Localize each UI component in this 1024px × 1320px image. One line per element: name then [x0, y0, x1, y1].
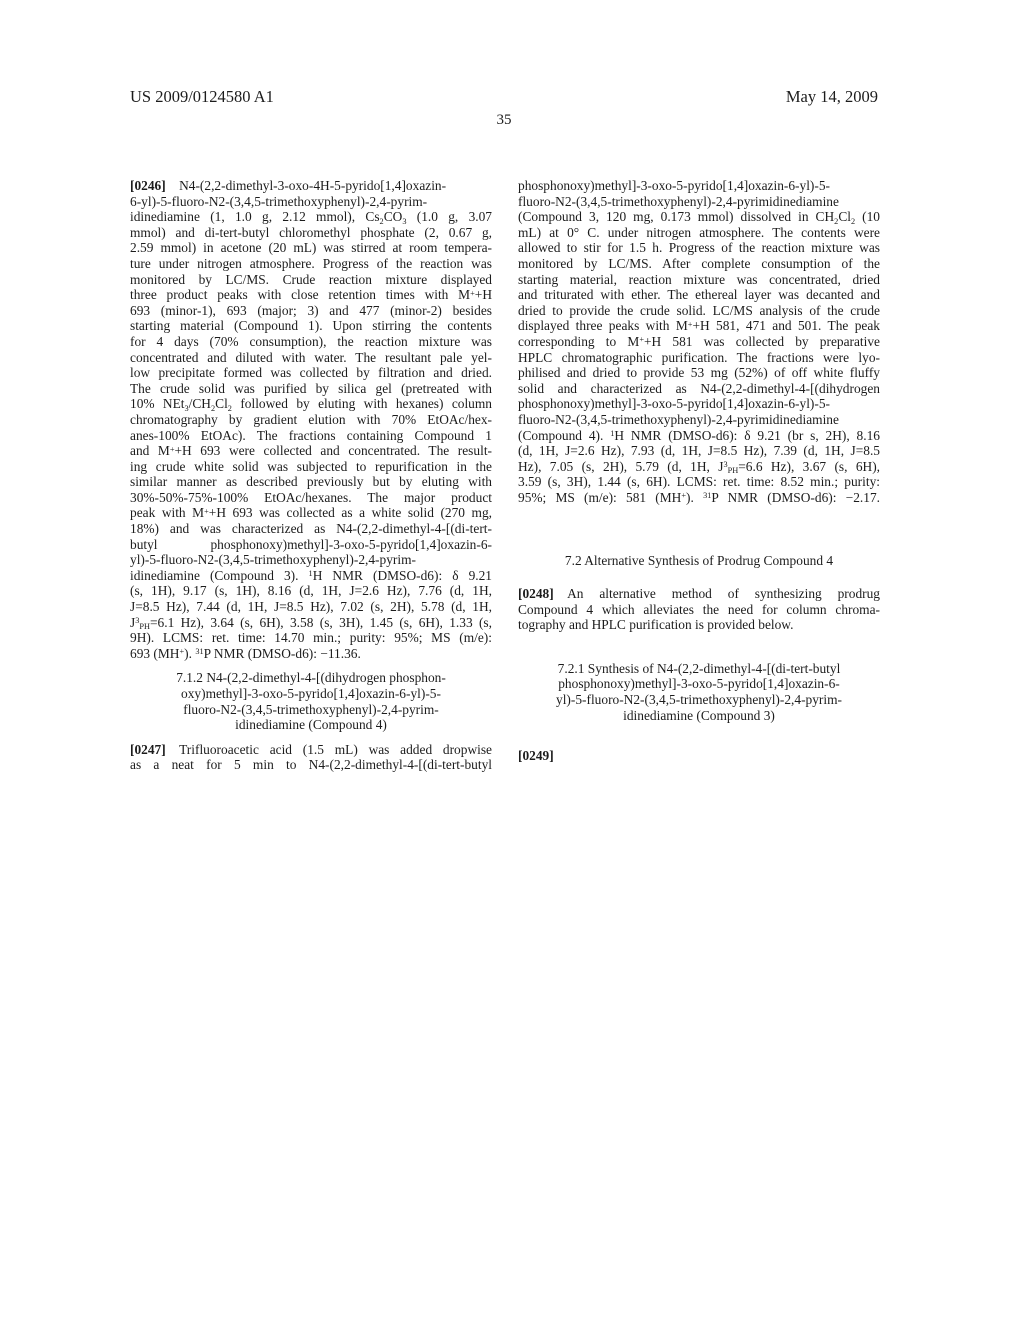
- text-line: for 4 days (70% consumption), the reacti…: [130, 334, 492, 350]
- text-line: [0248] An alternative method of synthesi…: [518, 586, 880, 602]
- text-line: Hz), 7.05 (s, 2H), 5.79 (d, 1H, J3PH=6.6…: [518, 459, 880, 475]
- text-line: oxy)methyl]-3-oxo-5-pyrido[1,4]oxazin-6-…: [130, 686, 492, 702]
- text-line: three product peaks with close retention…: [130, 287, 492, 303]
- text-line: idinediamine (Compound 3): [518, 708, 880, 724]
- text-line: 7.2 Alternative Synthesis of Prodrug Com…: [518, 553, 880, 569]
- text-line: idinediamine (Compound 3). 1H NMR (DMSO-…: [130, 568, 492, 584]
- section-heading-7-2: 7.2 Alternative Synthesis of Prodrug Com…: [518, 553, 880, 569]
- text-line: 6-yl)-5-fluoro-N2-(3,4,5-trimethoxypheny…: [130, 194, 492, 210]
- text-line: fluoro-N2-(3,4,5-trimethoxyphenyl)-2,4-p…: [518, 412, 880, 428]
- text-line: 30%-50%-75%-100% EtOAc/hexanes. The majo…: [130, 490, 492, 506]
- text-line: idinediamine (1, 1.0 g, 2.12 mmol), Cs2C…: [130, 209, 492, 225]
- page-number: 35: [130, 112, 878, 129]
- publication-number: US 2009/0124580 A1: [130, 88, 274, 106]
- text-line: Compound 4 which alleviates the need for…: [518, 602, 880, 618]
- text-line: solid and characterized as N4-(2,2-dimet…: [518, 381, 880, 397]
- text-line: low precipitate formed was collected by …: [130, 365, 492, 381]
- text-line: [0249]: [518, 748, 880, 764]
- text-line: [0246] N4-(2,2-dimethyl-3-oxo-4H-5-pyrid…: [130, 178, 492, 194]
- text-line: starting material, reaction mixture was …: [518, 272, 880, 288]
- text-line: 693 (MH+). 31P NMR (DMSO-d6): −11.36.: [130, 646, 492, 662]
- text-line: 7.1.2 N4-(2,2-dimethyl-4-[(dihydrogen ph…: [130, 670, 492, 686]
- text-line: yl)-5-fluoro-N2-(3,4,5-trimethoxyphenyl)…: [518, 692, 880, 708]
- two-column-body: [0246] N4-(2,2-dimethyl-3-oxo-4H-5-pyrid…: [130, 178, 880, 773]
- text-line: yl)-5-fluoro-N2-(3,4,5-trimethoxyphenyl)…: [130, 552, 492, 568]
- text-line: mmol) and di-tert-butyl chloromethyl pho…: [130, 225, 492, 241]
- text-line: idinediamine (Compound 4): [130, 717, 492, 733]
- text-line: [0247] Trifluoroacetic acid (1.5 mL) was…: [130, 742, 492, 758]
- publication-date: May 14, 2009: [786, 88, 878, 106]
- text-line: ture under nitrogen atmosphere. Progress…: [130, 256, 492, 272]
- text-line: fluoro-N2-(3,4,5-trimethoxyphenyl)-2,4-p…: [130, 702, 492, 718]
- text-line: The crude solid was purified by silica g…: [130, 381, 492, 397]
- text-line: monitored by LC/MS. After complete consu…: [518, 256, 880, 272]
- text-line: (Compound 3, 120 mg, 0.173 mmol) dissolv…: [518, 209, 880, 225]
- text-line: displayed three peaks with M++H 581, 471…: [518, 318, 880, 334]
- text-line: butyl phosphonoxy)methyl]-3-oxo-5-pyrido…: [130, 537, 492, 553]
- right-column: phosphonoxy)methyl]-3-oxo-5-pyrido[1,4]o…: [518, 178, 880, 773]
- text-line: corresponding to M++H 581 was collected …: [518, 334, 880, 350]
- text-line: allowed to stir for 1.5 h. Progress of t…: [518, 240, 880, 256]
- text-line: (s, 1H), 9.17 (s, 1H), 8.16 (d, 1H, J=2.…: [130, 583, 492, 599]
- text-line: phosphonoxy)methyl]-3-oxo-5-pyrido[1,4]o…: [518, 676, 880, 692]
- text-line: HPLC chromatographic purification. The f…: [518, 350, 880, 366]
- text-line: J3PH=6.1 Hz), 3.64 (s, 6H), 3.58 (s, 3H)…: [130, 615, 492, 631]
- patent-document-page: { "colors": { "ink": "#1c1c1c", "paper":…: [0, 0, 1024, 1320]
- page-header: US 2009/0124580 A1 May 14, 2009: [130, 88, 878, 106]
- paragraph-0246: [0246] N4-(2,2-dimethyl-3-oxo-4H-5-pyrid…: [130, 178, 492, 661]
- text-line: as a neat for 5 min to N4-(2,2-dimethyl-…: [130, 757, 492, 773]
- text-line: monitored by LC/MS. Crude reaction mixtu…: [130, 272, 492, 288]
- text-line: dried to provide the crude solid. LC/MS …: [518, 303, 880, 319]
- text-line: J=8.5 Hz), 7.44 (d, 1H, J=8.5 Hz), 7.02 …: [130, 599, 492, 615]
- text-line: 95%; MS (m/e): 581 (MH+). 31P NMR (DMSO-…: [518, 490, 880, 506]
- paragraph-0247-continued: phosphonoxy)methyl]-3-oxo-5-pyrido[1,4]o…: [518, 178, 880, 505]
- text-line: (d, 1H, J=2.6 Hz), 7.93 (d, 1H, J=8.5 Hz…: [518, 443, 880, 459]
- text-line: 693 (minor-1), 693 (major; 3) and 477 (m…: [130, 303, 492, 319]
- paragraph-0249: [0249]: [518, 748, 880, 764]
- text-line: 2.59 mmol) in acetone (20 mL) was stirre…: [130, 240, 492, 256]
- text-line: 7.2.1 Synthesis of N4-(2,2-dimethyl-4-[(…: [518, 661, 880, 677]
- text-line: peak with M++H 693 was collected as a wh…: [130, 505, 492, 521]
- text-line: chromatography by gradient elution with …: [130, 412, 492, 428]
- text-line: 10% NEt3/CH2Cl2 followed by eluting with…: [130, 396, 492, 412]
- paragraph-0248: [0248] An alternative method of synthesi…: [518, 586, 880, 633]
- text-line: anes-100% EtOAc). The fractions containi…: [130, 428, 492, 444]
- text-line: 3.59 (s, 3H), 1.44 (s, 6H). LCMS: ret. t…: [518, 474, 880, 490]
- left-column: [0246] N4-(2,2-dimethyl-3-oxo-4H-5-pyrid…: [130, 178, 492, 773]
- text-line: concentrated and diluted with water. The…: [130, 350, 492, 366]
- text-line: mL) at 0° C. under nitrogen atmosphere. …: [518, 225, 880, 241]
- text-line: starting material (Compound 1). Upon sti…: [130, 318, 492, 334]
- section-heading-7-2-1: 7.2.1 Synthesis of N4-(2,2-dimethyl-4-[(…: [518, 661, 880, 723]
- text-line: tography and HPLC purification is provid…: [518, 617, 880, 633]
- text-line: phosphonoxy)methyl]-3-oxo-5-pyrido[1,4]o…: [518, 396, 880, 412]
- text-line: 18%) and was characterized as N4-(2,2-di…: [130, 521, 492, 537]
- text-line: and triturated with ether. The ethereal …: [518, 287, 880, 303]
- text-line: ing crude white solid was subjected to r…: [130, 459, 492, 475]
- section-heading-7-1-2: 7.1.2 N4-(2,2-dimethyl-4-[(dihydrogen ph…: [130, 670, 492, 732]
- text-line: similar manner as described previously b…: [130, 474, 492, 490]
- text-line: phosphonoxy)methyl]-3-oxo-5-pyrido[1,4]o…: [518, 178, 880, 194]
- text-line: philised and dried to provide 53 mg (52%…: [518, 365, 880, 381]
- paragraph-0247: [0247] Trifluoroacetic acid (1.5 mL) was…: [130, 742, 492, 773]
- text-line: (Compound 4). 1H NMR (DMSO-d6): δ 9.21 (…: [518, 428, 880, 444]
- text-line: 9H). LCMS: ret. time: 14.70 min.; purity…: [130, 630, 492, 646]
- text-line: and M++H 693 were collected and concentr…: [130, 443, 492, 459]
- text-line: fluoro-N2-(3,4,5-trimethoxyphenyl)-2,4-p…: [518, 194, 880, 210]
